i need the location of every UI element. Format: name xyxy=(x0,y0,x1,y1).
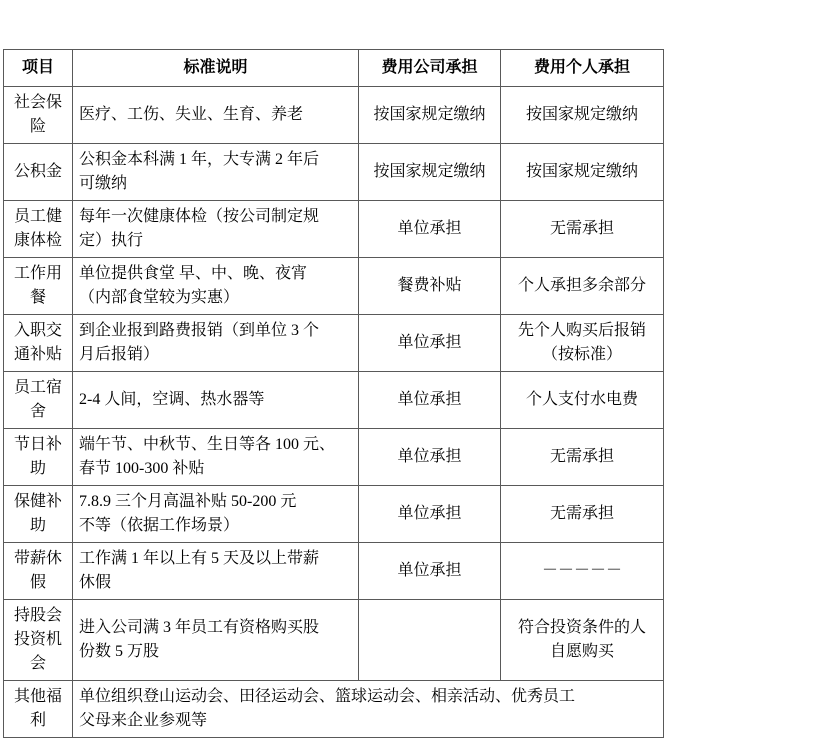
company-cost-cell: 按国家规定缴纳 xyxy=(359,144,501,201)
personal-cost-cell: 无需承担 xyxy=(501,201,664,258)
company-cost-cell: 单位承担 xyxy=(359,372,501,429)
personal-cost-cell: 个人支付水电费 xyxy=(501,372,664,429)
header-row: 项目 标准说明 费用公司承担 费用个人承担 xyxy=(4,50,664,87)
personal-cost-cell: 先个人购买后报销 （按标准） xyxy=(501,315,664,372)
table-row-work-meals: 工作用餐 单位提供食堂 早、中、晚、夜宵 （内部食堂较为实惠） 餐费补贴 个人承… xyxy=(4,258,664,315)
company-cost-cell: 餐费补贴 xyxy=(359,258,501,315)
description-cell: 公积金本科满 1 年，大专满 2 年后 可缴纳 xyxy=(73,144,359,201)
company-cost-cell xyxy=(359,600,501,681)
personal-cost-cell: 按国家规定缴纳 xyxy=(501,144,664,201)
personal-cost-cell: 无需承担 xyxy=(501,429,664,486)
item-cell: 带薪休假 xyxy=(4,543,73,600)
description-cell: 7.8.9 三个月高温补贴 50-200 元 不等（依据工作场景） xyxy=(73,486,359,543)
description-cell: 单位提供食堂 早、中、晚、夜宵 （内部食堂较为实惠） xyxy=(73,258,359,315)
col-header-description: 标准说明 xyxy=(73,50,359,87)
item-cell: 保健补助 xyxy=(4,486,73,543)
description-cell: 到企业报到路费报销（到单位 3 个 月后报销） xyxy=(73,315,359,372)
personal-cost-cell: 符合投资条件的人 自愿购买 xyxy=(501,600,664,681)
item-cell: 公积金 xyxy=(4,144,73,201)
description-cell: 2-4 人间，空调、热水器等 xyxy=(73,372,359,429)
col-header-company-cost: 费用公司承担 xyxy=(359,50,501,87)
col-header-personal-cost: 费用个人承担 xyxy=(501,50,664,87)
table-row-health-subsidy: 保健补助 7.8.9 三个月高温补贴 50-200 元 不等（依据工作场景） 单… xyxy=(4,486,664,543)
description-cell-spanned: 单位组织登山运动会、田径运动会、篮球运动会、相亲活动、优秀员工 父母来企业参观等 xyxy=(73,681,664,737)
benefits-table-container: 项目 标准说明 费用公司承担 费用个人承担 社会保险 医疗、工伤、失业、生育、养… xyxy=(3,49,664,736)
table-row-other-benefits: 其他福利 单位组织登山运动会、田径运动会、篮球运动会、相亲活动、优秀员工 父母来… xyxy=(4,681,664,737)
table-row-paid-leave: 带薪休假 工作满 1 年以上有 5 天及以上带薪 休假 单位承担 －－－－－ xyxy=(4,543,664,600)
personal-cost-cell: 无需承担 xyxy=(501,486,664,543)
company-cost-cell: 单位承担 xyxy=(359,315,501,372)
table-row-holiday-subsidy: 节日补助 端午节、中秋节、生日等各 100 元、 春节 100-300 补贴 单… xyxy=(4,429,664,486)
item-cell: 其他福利 xyxy=(4,681,73,737)
description-cell: 每年一次健康体检（按公司制定规 定）执行 xyxy=(73,201,359,258)
item-cell: 社会保险 xyxy=(4,87,73,144)
personal-cost-cell: －－－－－ xyxy=(501,543,664,600)
employee-benefits-table: 项目 标准说明 费用公司承担 费用个人承担 社会保险 医疗、工伤、失业、生育、养… xyxy=(3,49,664,736)
item-cell: 员工健康体检 xyxy=(4,201,73,258)
item-cell: 持股会投资机会 xyxy=(4,600,73,681)
description-cell: 工作满 1 年以上有 5 天及以上带薪 休假 xyxy=(73,543,359,600)
personal-cost-cell: 个人承担多余部分 xyxy=(501,258,664,315)
personal-cost-cell: 按国家规定缴纳 xyxy=(501,87,664,144)
item-cell: 入职交通补贴 xyxy=(4,315,73,372)
company-cost-cell: 单位承担 xyxy=(359,486,501,543)
description-cell: 端午节、中秋节、生日等各 100 元、 春节 100-300 补贴 xyxy=(73,429,359,486)
company-cost-cell: 按国家规定缴纳 xyxy=(359,87,501,144)
company-cost-cell: 单位承担 xyxy=(359,543,501,600)
item-cell: 工作用餐 xyxy=(4,258,73,315)
description-cell: 进入公司满 3 年员工有资格购买股 份数 5 万股 xyxy=(73,600,359,681)
table-row-housing-fund: 公积金 公积金本科满 1 年，大专满 2 年后 可缴纳 按国家规定缴纳 按国家规… xyxy=(4,144,664,201)
company-cost-cell: 单位承担 xyxy=(359,201,501,258)
item-cell: 员工宿舍 xyxy=(4,372,73,429)
item-cell: 节日补助 xyxy=(4,429,73,486)
col-header-item: 项目 xyxy=(4,50,73,87)
company-cost-cell: 单位承担 xyxy=(359,429,501,486)
table-row-health-checkup: 员工健康体检 每年一次健康体检（按公司制定规 定）执行 单位承担 无需承担 xyxy=(4,201,664,258)
table-row-stock-investment: 持股会投资机会 进入公司满 3 年员工有资格购买股 份数 5 万股 符合投资条件… xyxy=(4,600,664,681)
table-row-onboarding-transport: 入职交通补贴 到企业报到路费报销（到单位 3 个 月后报销） 单位承担 先个人购… xyxy=(4,315,664,372)
table-row-staff-dormitory: 员工宿舍 2-4 人间，空调、热水器等 单位承担 个人支付水电费 xyxy=(4,372,664,429)
table-row-social-insurance: 社会保险 医疗、工伤、失业、生育、养老 按国家规定缴纳 按国家规定缴纳 xyxy=(4,87,664,144)
description-cell: 医疗、工伤、失业、生育、养老 xyxy=(73,87,359,144)
